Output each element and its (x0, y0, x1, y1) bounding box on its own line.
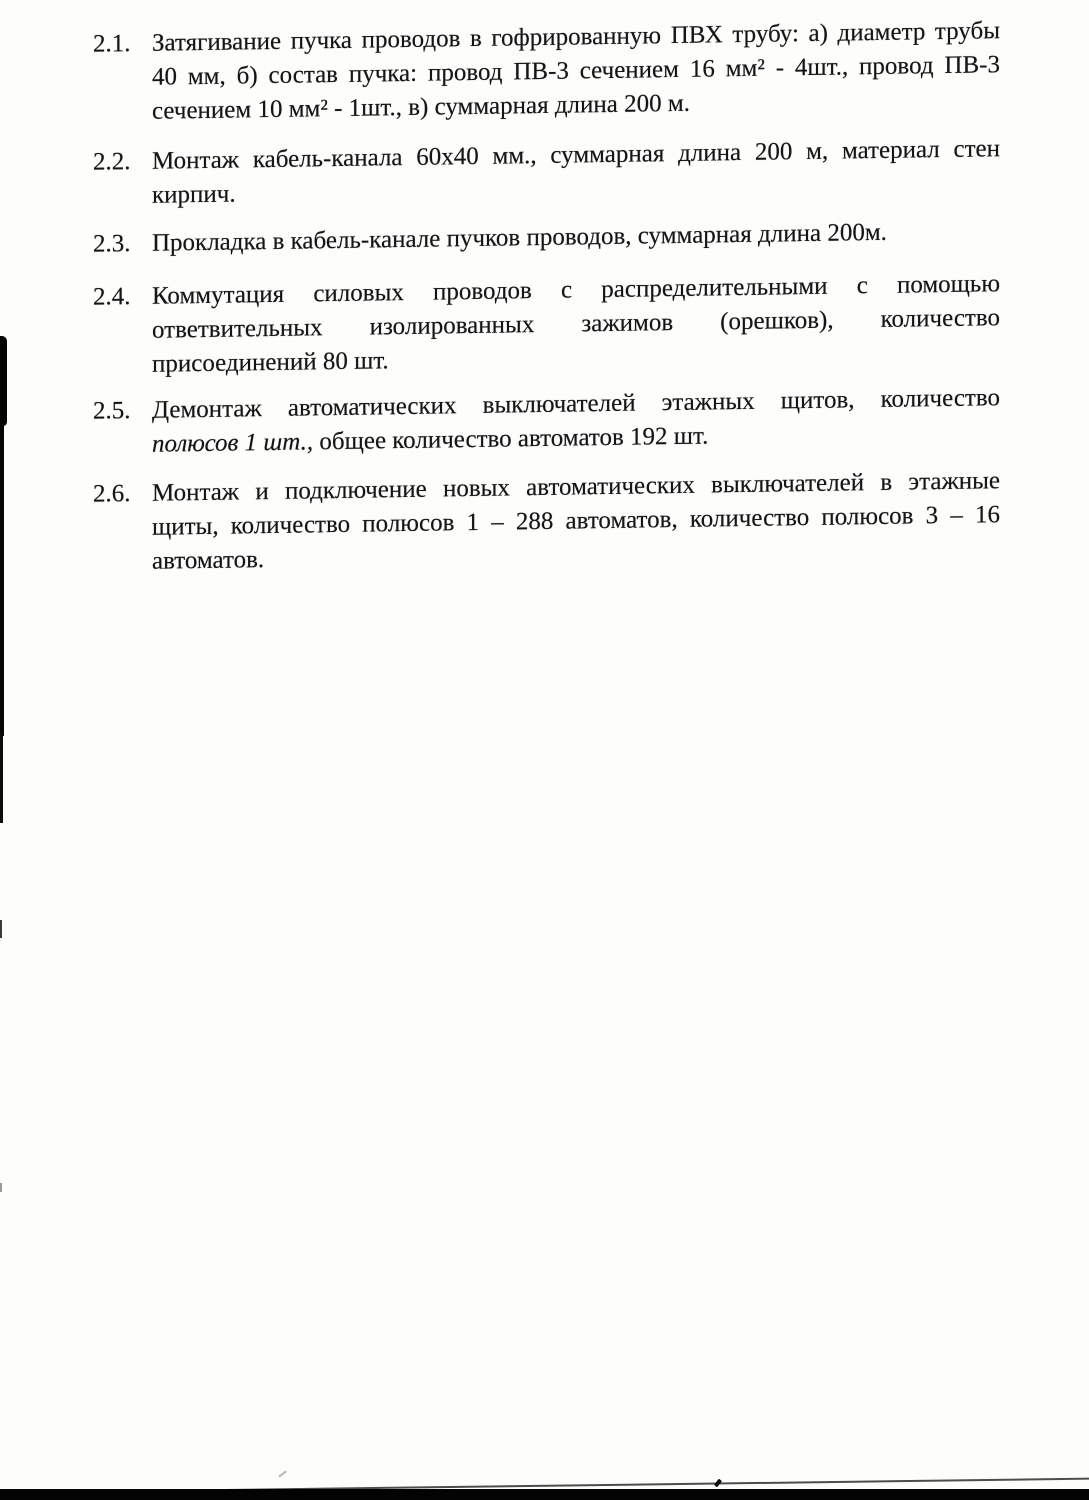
scan-bottom-edge-band (0, 1489, 1089, 1500)
item-number: 2.6. (93, 477, 131, 512)
scanned-document-page: 2.1. Затягивание пучка проводов в гофрир… (0, 0, 1089, 1500)
item-body: Прокладка в кабель-канале пучков проводо… (152, 214, 1000, 261)
list-item-2-6: 2.6. Монтаж и подключение новых автомати… (93, 464, 1000, 579)
scan-edge-left-line (0, 420, 4, 736)
document-text-block: 2.1. Затягивание пучка проводов в гофрир… (0, 0, 1089, 1500)
item-body: Демонтаж автоматических выключателей эта… (152, 381, 1000, 462)
list-item-2-1: 2.1. Затягивание пучка проводов в гофрир… (93, 14, 1000, 129)
item-body: Монтаж и подключение новых автоматически… (152, 464, 1000, 579)
scan-edge-left-mark (0, 920, 2, 938)
list-item-2-3: 2.3. Прокладка в кабель-канале пучков пр… (93, 214, 1000, 261)
item-number: 2.1. (93, 27, 131, 62)
item-body: Коммутация силовых проводов с распредели… (152, 267, 1000, 382)
item-number: 2.5. (93, 394, 131, 429)
list-item-2-2: 2.2. Монтаж кабель-канала 60х40 мм., сум… (93, 132, 1000, 213)
item-number: 2.3. (93, 227, 131, 262)
item-body: Затягивание пучка проводов в гофрированн… (152, 14, 1000, 129)
scan-edge-left-line-2 (0, 733, 3, 823)
item-line: Прокладка в кабель-канале пучков проводо… (152, 214, 1000, 261)
scan-edge-left-speck (0, 1183, 2, 1192)
item-number: 2.4. (93, 280, 131, 315)
item-line-rest: общее количество автоматов 192 шт. (313, 422, 708, 455)
item-body: Монтаж кабель-канала 60х40 мм., суммарна… (152, 132, 1000, 213)
item-number: 2.2. (93, 145, 131, 180)
italic-phrase: полюсов 1 шт., (152, 428, 313, 457)
list-item-2-4: 2.4. Коммутация силовых проводов с распр… (93, 267, 1000, 382)
list-item-2-5: 2.5. Демонтаж автоматических выключателе… (93, 381, 1000, 462)
scan-edge-left-blob (0, 336, 7, 426)
